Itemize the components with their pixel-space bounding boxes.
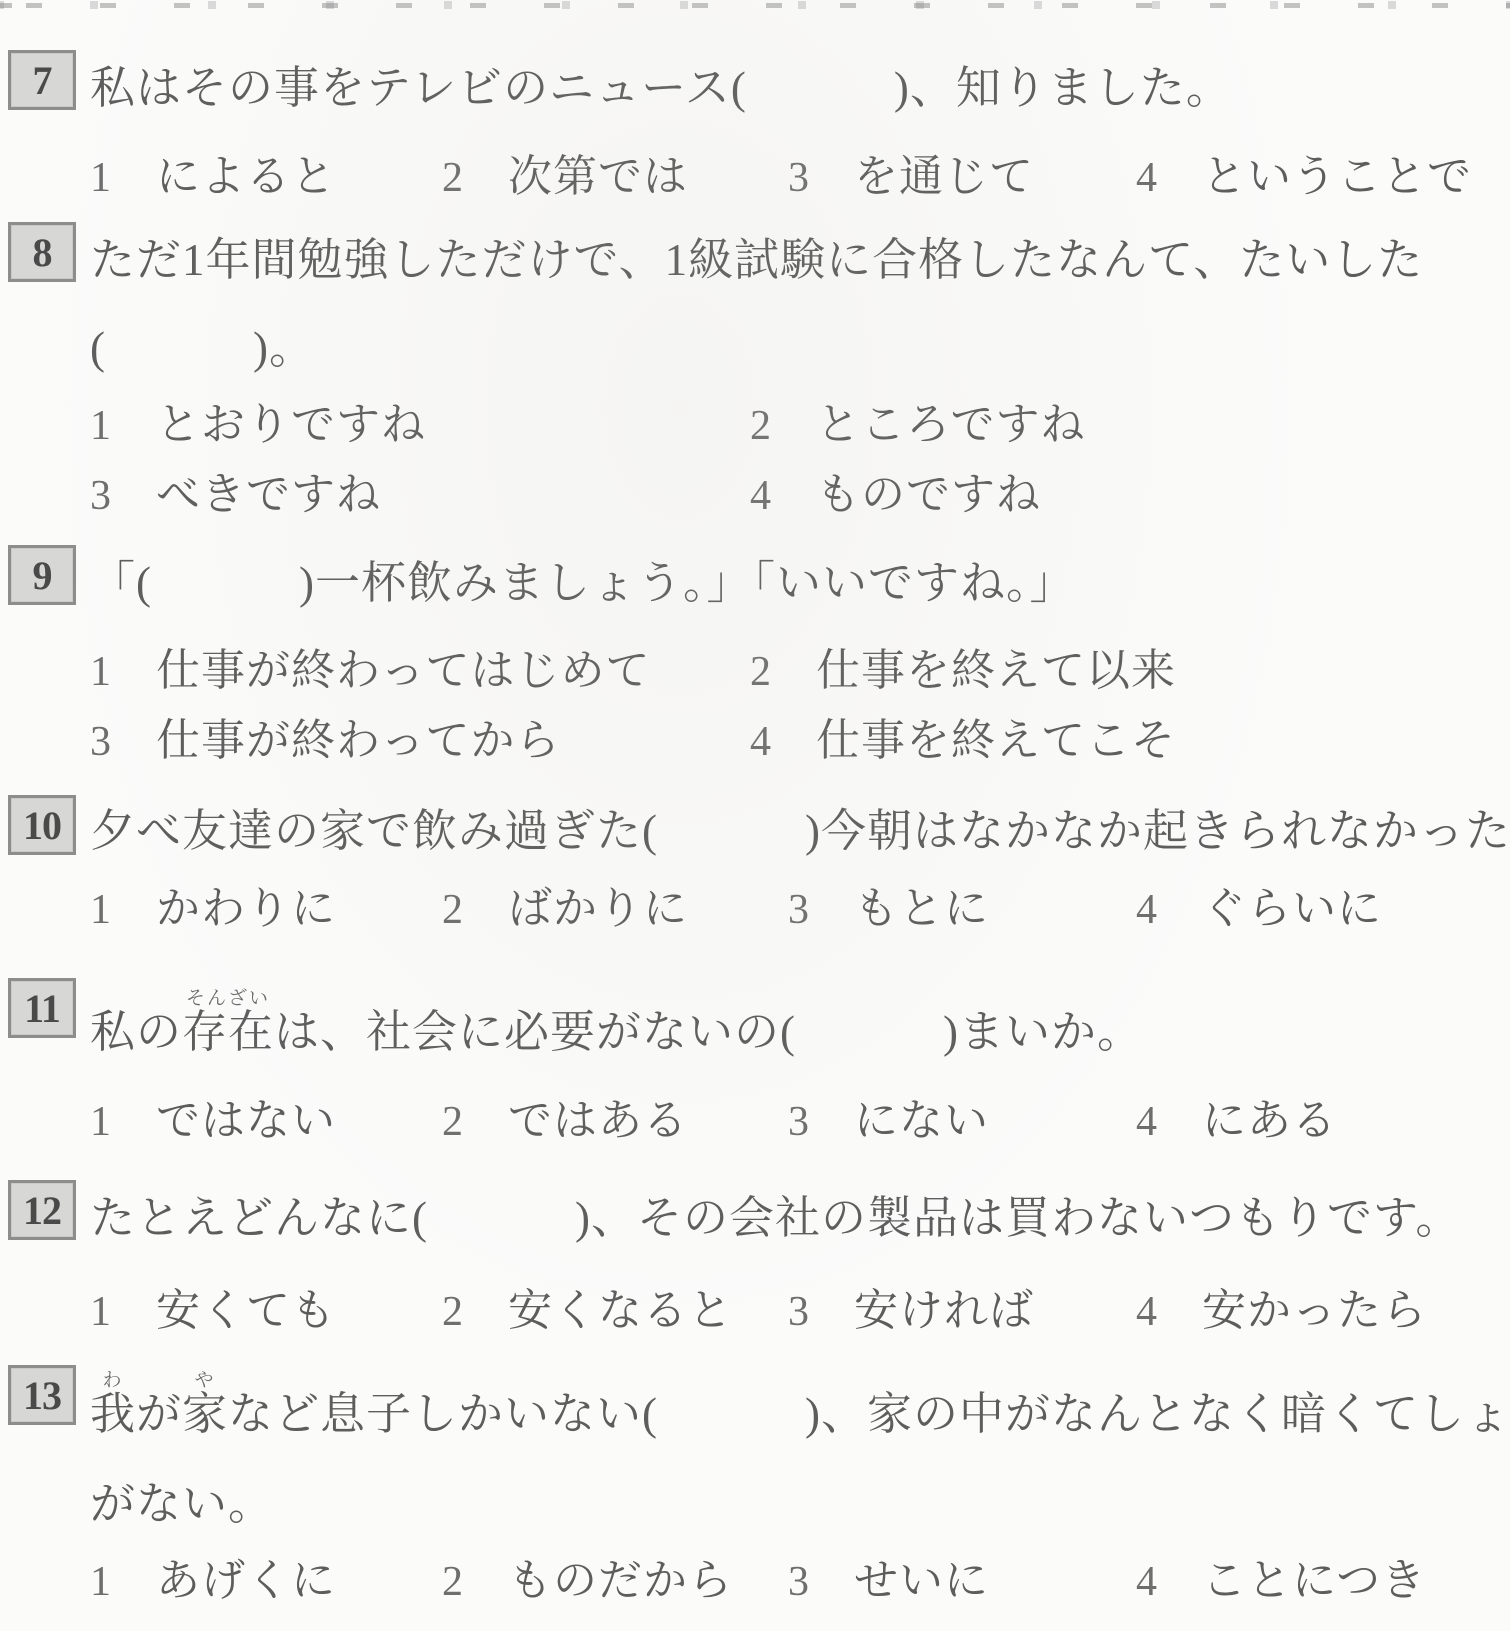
option-item: 2ものだから xyxy=(442,1550,788,1613)
question-text: ただ1年間勉強しただけで、1級試験に合格したなんて、たいした xyxy=(90,228,1510,292)
question-number: 7 xyxy=(33,57,52,104)
option-number: 2 xyxy=(442,1091,508,1153)
option-number: 1 xyxy=(90,641,156,703)
option-label: 仕事が終わってはじめて xyxy=(156,646,651,695)
option-label: ということで xyxy=(1202,152,1472,201)
options-row: 3べきですね 4ものですね xyxy=(90,464,1510,526)
option-item: 3仕事が終わってから xyxy=(90,710,750,773)
option-item: 1あげくに xyxy=(90,1550,442,1613)
options-row: 1あげくに 2ものだから 3せいに 4ことにつき xyxy=(90,1550,1510,1612)
option-number: 2 xyxy=(750,395,816,457)
option-number: 3 xyxy=(90,465,156,527)
question-number-badge: 13 xyxy=(8,1365,76,1425)
option-label: とおりですね xyxy=(156,400,426,449)
option-number: 1 xyxy=(90,1281,156,1343)
options-row: 1仕事が終わってはじめて 2仕事を終えて以来 xyxy=(90,640,1510,702)
option-number: 1 xyxy=(90,147,156,209)
options-row: 1安くても 2安くなると 3安ければ 4安かったら xyxy=(90,1280,1510,1342)
option-number: 3 xyxy=(788,1551,854,1613)
option-label: ところですね xyxy=(816,400,1086,449)
option-item: 1によると xyxy=(90,146,442,209)
option-label: ではある xyxy=(508,1096,688,1145)
options-row: 3仕事が終わってから 4仕事を終えてこそ xyxy=(90,710,1510,772)
option-label: ものだから xyxy=(508,1556,733,1605)
option-number: 1 xyxy=(90,395,156,457)
option-number: 3 xyxy=(788,1091,854,1153)
option-item: 1とおりですね xyxy=(90,394,750,457)
option-label: ことにつき xyxy=(1202,1556,1426,1605)
option-label: 安くなると xyxy=(508,1286,733,1335)
exam-page: { "page": { "background": "#fbfbfa", "te… xyxy=(0,0,1510,1631)
option-number: 4 xyxy=(750,465,816,527)
option-item: 1仕事が終わってはじめて xyxy=(90,640,750,703)
option-number: 4 xyxy=(1136,1281,1202,1343)
option-item: 2仕事を終えて以来 xyxy=(750,640,1510,703)
option-number: 3 xyxy=(788,147,854,209)
options-row: 1ではない 2ではある 3にない 4にある xyxy=(90,1090,1510,1152)
options-row: 1によると 2次第では 3を通じて 4ということで xyxy=(90,146,1510,208)
option-item: 3を通じて xyxy=(788,146,1136,209)
option-number: 1 xyxy=(90,1091,156,1153)
option-label: せいに xyxy=(854,1556,989,1605)
option-number: 2 xyxy=(442,1281,508,1343)
option-label: 仕事が終わってから xyxy=(156,716,561,765)
option-item: 4ぐらいに xyxy=(1136,878,1510,941)
option-item: 3もとに xyxy=(788,878,1136,941)
option-item: 4ということで xyxy=(1136,146,1510,209)
option-number: 3 xyxy=(788,879,854,941)
option-number: 4 xyxy=(1136,147,1202,209)
option-label: あげくに xyxy=(156,1556,336,1605)
option-label: 安かったら xyxy=(1202,1286,1427,1335)
question-number: 13 xyxy=(23,1372,61,1419)
option-item: 2ばかりに xyxy=(442,878,788,941)
option-item: 1ではない xyxy=(90,1090,442,1153)
question-number: 9 xyxy=(33,552,52,599)
option-label: を通じて xyxy=(854,152,1034,201)
option-label: 仕事を終えてこそ xyxy=(816,716,1176,765)
option-label: もとに xyxy=(854,884,989,933)
option-label: にない xyxy=(854,1096,989,1145)
question-number-badge: 9 xyxy=(8,545,76,605)
options-row: 1かわりに 2ばかりに 3もとに 4ぐらいに xyxy=(90,878,1510,940)
option-label: によると xyxy=(156,152,336,201)
option-item: 3にない xyxy=(788,1090,1136,1153)
option-number: 4 xyxy=(1136,1091,1202,1153)
question-text: 夕べ友達の家で飲み過ぎた( )今朝はなかなか起きられなかった。 xyxy=(90,799,1510,863)
question-number: 11 xyxy=(24,985,60,1032)
option-item: 4ことにつき xyxy=(1136,1550,1510,1613)
option-item: 4安かったら xyxy=(1136,1280,1510,1343)
option-number: 2 xyxy=(750,641,816,703)
option-item: 2ところですね xyxy=(750,394,1510,457)
option-item: 4にある xyxy=(1136,1090,1510,1153)
option-number: 2 xyxy=(442,879,508,941)
question-number: 8 xyxy=(33,229,52,276)
question-text-line2: がない。 xyxy=(90,1472,1510,1536)
question-text: 我わが家やなど息子しかいない( )、家の中がなんとなく暗くてしょう xyxy=(90,1370,1510,1434)
option-number: 3 xyxy=(90,711,156,773)
option-number: 1 xyxy=(90,1551,156,1613)
question-number-badge: 11 xyxy=(8,978,76,1038)
options-row: 1とおりですね 2ところですね xyxy=(90,394,1510,456)
cropped-previous-line-fragments xyxy=(0,0,1510,14)
option-label: 仕事を終えて以来 xyxy=(816,646,1176,695)
option-label: かわりに xyxy=(156,884,336,933)
option-number: 1 xyxy=(90,879,156,941)
option-item: 4仕事を終えてこそ xyxy=(750,710,1510,773)
question-number-badge: 12 xyxy=(8,1180,76,1240)
option-label: ぐらいに xyxy=(1202,884,1382,933)
option-item: 3安ければ xyxy=(788,1280,1136,1343)
option-label: べきですね xyxy=(156,470,381,519)
question-number-badge: 8 xyxy=(8,222,76,282)
option-label: ばかりに xyxy=(508,884,688,933)
option-item: 1安くても xyxy=(90,1280,442,1343)
option-number: 4 xyxy=(1136,1551,1202,1613)
option-number: 2 xyxy=(442,1551,508,1613)
option-item: 3せいに xyxy=(788,1550,1136,1613)
question-number-badge: 10 xyxy=(8,795,76,855)
option-label: 次第では xyxy=(508,152,688,201)
option-label: 安くても xyxy=(156,1286,336,1335)
question-number: 12 xyxy=(23,1187,61,1234)
option-number: 4 xyxy=(1136,879,1202,941)
question-number-badge: 7 xyxy=(8,50,76,110)
question-text: 私はその事をテレビのニュース( )、知りました。 xyxy=(90,56,1510,120)
question-text-line2: ( )。 xyxy=(90,316,1510,380)
option-item: 2安くなると xyxy=(442,1280,788,1343)
option-item: 2次第では xyxy=(442,146,788,209)
option-label: ものですね xyxy=(816,470,1041,519)
question-text: 私の存在そんざいは、社会に必要がないの( )まいか。 xyxy=(90,988,1510,1052)
option-number: 3 xyxy=(788,1281,854,1343)
option-item: 4ものですね xyxy=(750,464,1510,527)
option-item: 1かわりに xyxy=(90,878,442,941)
option-item: 2ではある xyxy=(442,1090,788,1153)
question-text: 「( )一杯飲みましょう。」「いいですね。」 xyxy=(90,551,1510,615)
option-label: 安ければ xyxy=(854,1286,1034,1335)
option-number: 2 xyxy=(442,147,508,209)
option-item: 3べきですね xyxy=(90,464,750,527)
question-number: 10 xyxy=(23,802,61,849)
question-text: たとえどんなに( )、その会社の製品は買わないつもりです。 xyxy=(90,1186,1510,1250)
option-label: にある xyxy=(1202,1096,1337,1145)
option-number: 4 xyxy=(750,711,816,773)
option-label: ではない xyxy=(156,1096,336,1145)
